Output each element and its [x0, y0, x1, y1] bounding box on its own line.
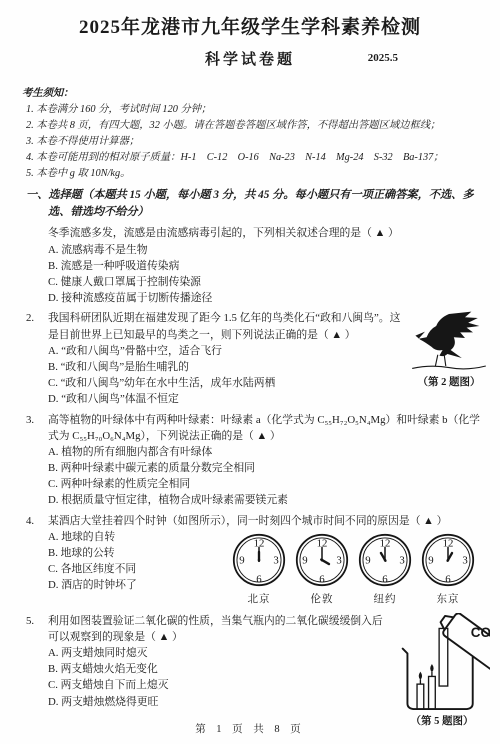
clock-newyork: 12 3 6 9 纽约: [358, 533, 412, 608]
section-heading: 一、选择题（本题共 15 小题，每小题 3 分，共 45 分。每小题只有一项正确…: [10, 187, 490, 222]
svg-text:3: 3: [462, 554, 467, 566]
question-option: A. 植物的所有细胞内都含有叶绿体: [48, 444, 490, 460]
svg-text:9: 9: [365, 554, 370, 566]
notice-item: 2. 本卷共 8 页，有四大题，32 小题。请在答题卷答题区域作答，不得超出答题…: [22, 118, 490, 134]
bird-illustration: [408, 310, 490, 374]
notice-item: 5. 本卷中 g 取 10N/kg。: [22, 166, 490, 182]
question-option: D. 接种流感疫苗属于切断传播途径: [48, 290, 490, 306]
question-option: D. 根据质量守恒定律，植物合成叶绿素需要镁元素: [48, 492, 490, 508]
beaker-candles-illustration: CO: [394, 613, 490, 713]
co2-experiment-figure: CO （第 5 题图）: [394, 613, 490, 730]
question-number: 2.: [26, 310, 34, 326]
clock-face: 12 3 6 9: [232, 533, 286, 587]
svg-text:9: 9: [239, 554, 244, 566]
subtitle-row: 科学试卷题 2025.5: [10, 48, 490, 70]
page-title: 2025年龙港市九年级学生学科素养检测: [10, 12, 490, 39]
question-1: 冬季流感多发，流感是由流感病毒引起的，下列相关叙述合理的是（ ▲ ） A. 流感…: [10, 225, 490, 306]
svg-text:6: 6: [445, 573, 451, 585]
notice-item: 4. 本卷可能用到的相对原子质量：H-1 C-12 O-16 Na-23 N-1…: [22, 150, 490, 166]
svg-text:6: 6: [319, 573, 325, 585]
question-stem: 高等植物的叶绿体中有两种叶绿素：叶绿素 a（化学式为 C₅₅H₇₂O₅N₄Mg）…: [48, 412, 490, 444]
svg-text:9: 9: [428, 554, 433, 566]
clock-face: 12 3 6 9: [295, 533, 349, 587]
notice-heading: 考生须知：: [22, 86, 490, 102]
notice-item: 1. 本卷满分 160 分，考试时间 120 分钟；: [22, 102, 490, 118]
question-2: 2. （第 2 题图） 我国科研团队近期在福建发现了距今 1.5 亿年的鸟类化石…: [10, 310, 490, 407]
question-stem: 冬季流感多发，流感是由流感病毒引起的，下列相关叙述合理的是（ ▲ ）: [48, 225, 490, 241]
clock-tokyo: 12 3 6 9 东京: [421, 533, 475, 608]
exam-page: 2025年龙港市九年级学生学科素养检测 科学试卷题 2025.5 考生须知： 1…: [0, 0, 500, 744]
question-stem: 某酒店大堂挂着四个时钟（如图所示），同一时刻四个城市时间不同的原因是（ ▲ ）: [48, 513, 490, 529]
clock-face: 12 3 6 9: [421, 533, 475, 587]
question-option: B. 流感是一种呼吸道传染病: [48, 258, 490, 274]
svg-text:3: 3: [336, 554, 341, 566]
question-option: C. 健康人戴口罩属于控制传染源: [48, 274, 490, 290]
question-5: 5. CO （第 5 题图）: [10, 613, 490, 710]
exam-date: 2025.5: [368, 52, 398, 64]
question-number: 3.: [26, 412, 34, 428]
co2-bottle-label: CO: [471, 625, 490, 640]
clocks-row: 12 3 6 9 北京 12 3 6 9: [232, 533, 475, 608]
notice-item: 3. 本卷不得使用计算器；: [22, 134, 490, 150]
clock-city-label: 北京: [232, 592, 286, 608]
question-4: 4. 某酒店大堂挂着四个时钟（如图所示），同一时刻四个城市时间不同的原因是（ ▲…: [10, 513, 490, 609]
clock-beijing: 12 3 6 9 北京: [232, 533, 286, 608]
clock-london: 12 3 6 9 伦敦: [295, 533, 349, 608]
exam-subtitle: 科学试卷题: [205, 52, 295, 68]
clock-city-label: 伦敦: [295, 592, 349, 608]
notice-block: 考生须知： 1. 本卷满分 160 分，考试时间 120 分钟； 2. 本卷共 …: [22, 86, 490, 182]
question-option: B. 两种叶绿素中碳元素的质量分数完全相同: [48, 460, 490, 476]
svg-text:9: 9: [302, 554, 307, 566]
svg-text:3: 3: [399, 554, 404, 566]
clock-city-label: 纽约: [358, 592, 412, 608]
question-number: 4.: [26, 513, 34, 529]
question-option: C. 两种叶绿素的性质完全相同: [48, 476, 490, 492]
question-3: 3. 高等植物的叶绿体中有两种叶绿素：叶绿素 a（化学式为 C₅₅H₇₂O₅N₄…: [10, 412, 490, 509]
clock-city-label: 东京: [421, 592, 475, 608]
clock-face: 12 3 6 9: [358, 533, 412, 587]
question-option: D. “政和八闽鸟”体温不恒定: [48, 391, 490, 407]
page-footer: 第 1 页 共 8 页: [0, 721, 500, 736]
figure-caption: （第 2 题图）: [408, 375, 490, 391]
bird-figure: （第 2 题图）: [408, 310, 490, 391]
svg-text:3: 3: [273, 554, 278, 566]
svg-text:6: 6: [256, 573, 262, 585]
question-option: A. 流感病毒不是生物: [48, 242, 490, 258]
question-number: 5.: [26, 613, 34, 629]
svg-text:6: 6: [382, 573, 388, 585]
